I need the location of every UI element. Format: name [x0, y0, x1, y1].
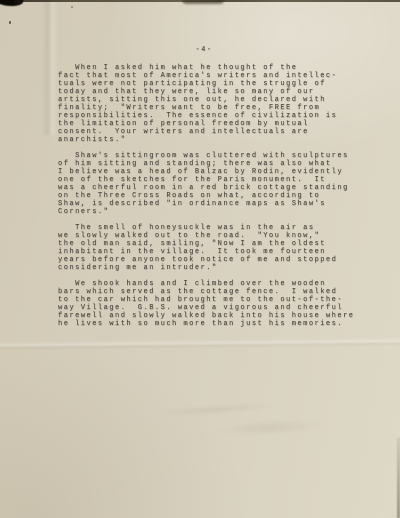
typewritten-line: responsibilities. The essence of civiliz… [58, 112, 378, 120]
typewritten-line: artists, sitting this one out, he declar… [58, 96, 378, 104]
typewritten-line: tuals were not participating in the stru… [58, 80, 378, 88]
typewritten-line: bars which served as the cottage fence. … [58, 288, 378, 296]
typewritten-line: way Village. G.B.S. waved a vigorous and… [58, 304, 378, 312]
typewritten-line: of him sitting and standing; there was a… [58, 160, 378, 168]
typewritten-line: considering me an intruder." [58, 264, 378, 272]
paper-crease-horizontal [0, 338, 400, 350]
typewritten-line: on the Three Cross Roads on what, accord… [58, 192, 378, 200]
paragraph: The smell of honeysuckle was in the air … [58, 224, 378, 272]
paragraph: When I asked him what he thought of the … [58, 64, 378, 144]
typewritten-line: the limitation of personal freedom by mu… [58, 120, 378, 128]
typewritten-line: he lives with so much more than just his… [58, 320, 378, 328]
paragraph: Shaw's sittingroom was cluttered with sc… [58, 152, 378, 216]
typewritten-line: Corners." [58, 208, 378, 216]
typewritten-line: today and that they were, like so many o… [58, 88, 378, 96]
typewritten-line: one of the sketches for the Paris monume… [58, 176, 378, 184]
scan-top-edge-smudge [182, 0, 224, 4]
typewritten-line: inhabitant in the village. It took me fo… [58, 248, 378, 256]
typewritten-line: fact that most of America's writers and … [58, 72, 378, 80]
typewritten-line: We shook hands and I climbed over the wo… [58, 280, 378, 288]
typewritten-line: Shaw, is described "in ordinance maps as… [58, 200, 378, 208]
ink-showthrough-smudge [149, 394, 321, 446]
paragraph: We shook hands and I climbed over the wo… [58, 280, 378, 328]
typewritten-line: I believe was a head of Balzac by Rodin,… [58, 168, 378, 176]
ink-speck [71, 6, 73, 8]
typewritten-line: finality; "Writers want to be free, FREE… [58, 104, 378, 112]
typewritten-line: we slowly walked out to the road. "You k… [58, 232, 378, 240]
typewritten-line: the old man said, smiling, "Now I am the… [58, 240, 378, 248]
ink-speck [9, 21, 11, 24]
paper-crease-vertical [42, 0, 58, 135]
corner-ink-blob [14, 0, 22, 4]
page-number: -4- [58, 46, 350, 54]
typewritten-line: years before anyone took notice of me an… [58, 256, 378, 264]
typewritten-text-block: When I asked him what he thought of the … [58, 64, 378, 336]
typewritten-line: to the car which had brought me to the o… [58, 296, 378, 304]
document-page: -4- When I asked him what he thought of … [0, 0, 400, 518]
typewritten-line: Shaw's sittingroom was cluttered with sc… [58, 152, 378, 160]
typewritten-line: When I asked him what he thought of the [58, 64, 378, 72]
typewritten-line: was a cheerful room in a red brick cotta… [58, 184, 378, 192]
typewritten-line: anarchists." [58, 136, 378, 144]
typewritten-line: farewell and slowly walked back into his… [58, 312, 378, 320]
typewritten-line: consent. Your writers and intellectuals … [58, 128, 378, 136]
typewritten-line: The smell of honeysuckle was in the air … [58, 224, 378, 232]
